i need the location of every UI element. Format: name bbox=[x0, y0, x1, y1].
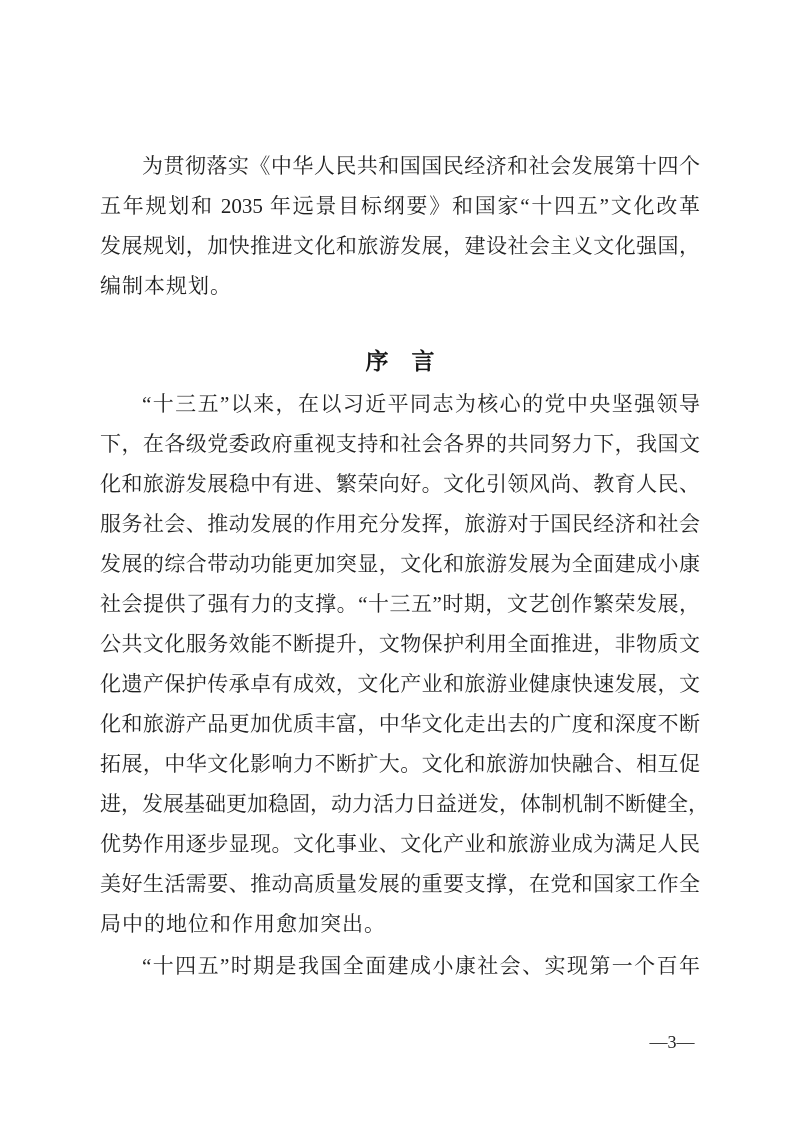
section-heading-preface: 序 言 bbox=[100, 342, 700, 382]
text-line: 为贯彻落实《中华人民共和国国民经济和社会发展第十四个 bbox=[100, 146, 700, 186]
text-line: 五年规划和 2035 年远景目标纲要》和国家“十四五”文化改革 bbox=[100, 186, 700, 226]
text-line: 下，在各级党委政府重视支持和社会各界的共同努力下，我国文 bbox=[100, 424, 700, 464]
text-line: “十四五”时期是我国全面建成小康社会、实现第一个百年 bbox=[100, 946, 700, 986]
text-line: 进，发展基础更加稳固，动力活力日益迸发，体制机制不断健全， bbox=[100, 784, 700, 824]
page-number: —3— bbox=[640, 1030, 704, 1054]
text-line: 公共文化服务效能不断提升，文物保护利用全面推进，非物质文 bbox=[100, 624, 700, 664]
text-line: 编制本规划。 bbox=[100, 266, 700, 306]
text-line: 发展规划，加快推进文化和旅游发展，建设社会主义文化强国， bbox=[100, 226, 700, 266]
text-line: 化和旅游产品更加优质丰富，中华文化走出去的广度和深度不断 bbox=[100, 704, 700, 744]
text-line: 拓展，中华文化影响力不断扩大。文化和旅游加快融合、相互促 bbox=[100, 744, 700, 784]
text-line: 化和旅游发展稳中有进、繁荣向好。文化引领风尚、教育人民、 bbox=[100, 464, 700, 504]
text-line: 社会提供了强有力的支撑。“十三五”时期，文艺创作繁荣发展， bbox=[100, 584, 700, 624]
text-line: 服务社会、推动发展的作用充分发挥，旅游对于国民经济和社会 bbox=[100, 504, 700, 544]
text-line: 发展的综合带动功能更加突显，文化和旅游发展为全面建成小康 bbox=[100, 544, 700, 584]
text-line: 化遗产保护传承卓有成效，文化产业和旅游业健康快速发展，文 bbox=[100, 664, 700, 704]
intro-paragraph: 为贯彻落实《中华人民共和国国民经济和社会发展第十四个 五年规划和 2035 年远… bbox=[100, 146, 700, 306]
preface-paragraph: “十三五”以来，在以习近平同志为核心的党中央坚强领导 下，在各级党委政府重视支持… bbox=[100, 384, 700, 944]
text-line: “十三五”以来，在以习近平同志为核心的党中央坚强领导 bbox=[100, 384, 700, 424]
text-line: 局中的地位和作用愈加突出。 bbox=[100, 904, 700, 944]
document-page: 为贯彻落实《中华人民共和国国民经济和社会发展第十四个 五年规划和 2035 年远… bbox=[0, 0, 793, 1122]
closing-paragraph: “十四五”时期是我国全面建成小康社会、实现第一个百年 bbox=[100, 946, 700, 986]
text-line: 优势作用逐步显现。文化事业、文化产业和旅游业成为满足人民 bbox=[100, 824, 700, 864]
text-line: 美好生活需要、推动高质量发展的重要支撑，在党和国家工作全 bbox=[100, 864, 700, 904]
